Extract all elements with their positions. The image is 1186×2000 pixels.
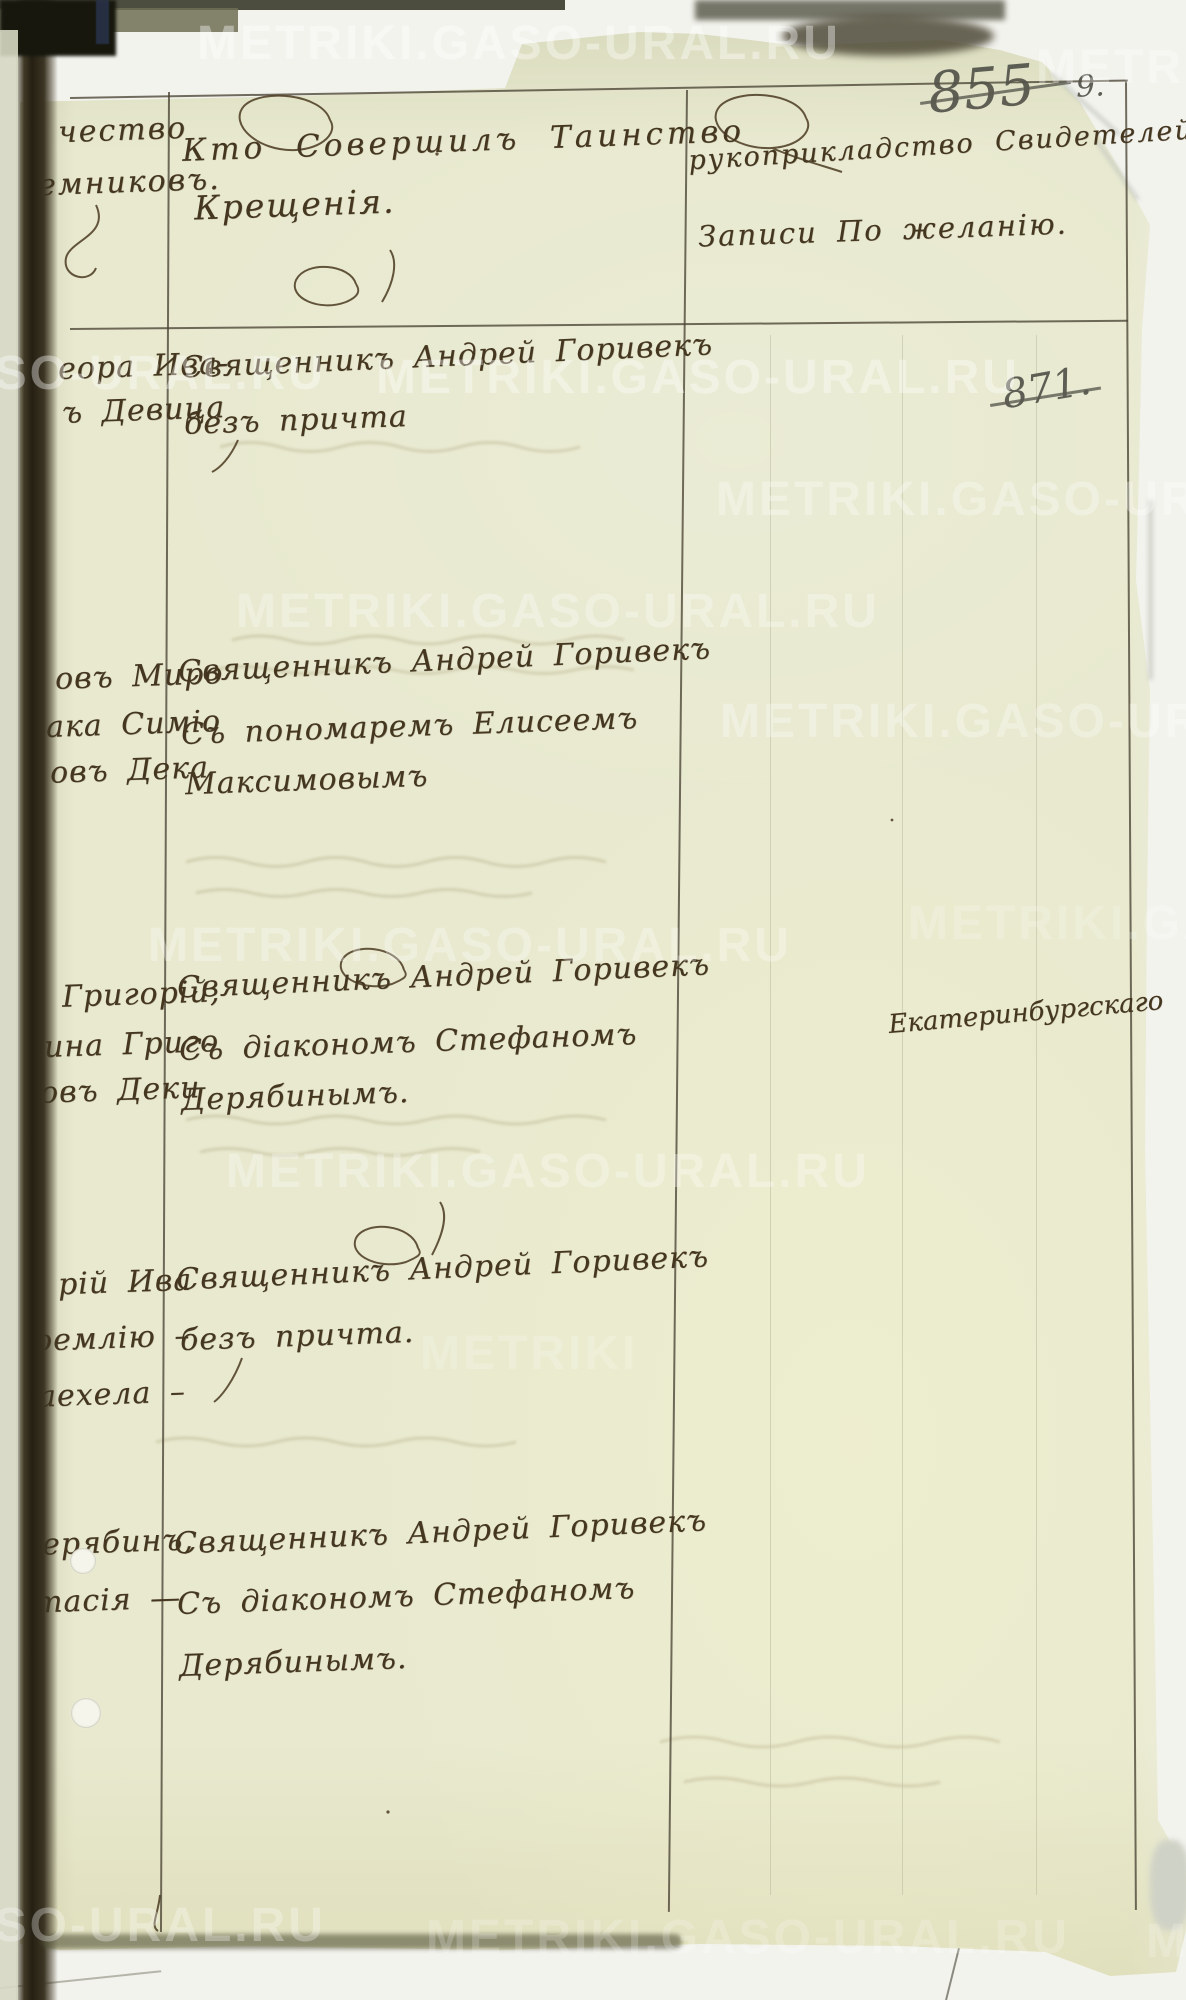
- entry-performer-line: Максимовымъ: [185, 762, 429, 800]
- scanned-register-page: чество емниковъ. Кто Совершилъ Таинство …: [0, 0, 1186, 2000]
- entry-performer-line: безъ причта: [184, 402, 409, 440]
- faint-guide-line: [1036, 335, 1037, 1895]
- header-performer-line-2: Крещенія.: [193, 184, 395, 224]
- entry-recipients-line: аехела –: [38, 1377, 187, 1412]
- faint-guide-line: [902, 335, 903, 1895]
- entry-recipients-line: ерябинъ,: [42, 1525, 195, 1560]
- torn-edge-streak: [1148, 500, 1153, 680]
- torn-edge-streak: [1150, 1840, 1186, 1930]
- entry-performer-line: Дерябинымъ.: [181, 1078, 410, 1116]
- bottom-crack-line: [945, 1948, 960, 2000]
- previous-page-sliver: [0, 30, 18, 2000]
- page-number: 9.: [1075, 71, 1105, 102]
- entry-recipients-line: овъ Деки: [40, 1073, 201, 1109]
- entry-performer-line: Дерябинымъ.: [179, 1644, 408, 1682]
- entry-performer-line: безъ причта.: [180, 1318, 415, 1356]
- top-ink-smudge: [782, 16, 994, 56]
- blue-ink-mark: [96, 0, 109, 44]
- book-binding-edge: [16, 0, 58, 2000]
- paper-hole: [71, 1698, 101, 1728]
- entry-recipients-line: рій Ива: [58, 1266, 193, 1301]
- bottom-edge-smudge: [42, 1934, 682, 1949]
- header-recipients-line-1: чество: [58, 114, 188, 148]
- paper-hole: [70, 1548, 96, 1574]
- faint-guide-line: [770, 335, 771, 1895]
